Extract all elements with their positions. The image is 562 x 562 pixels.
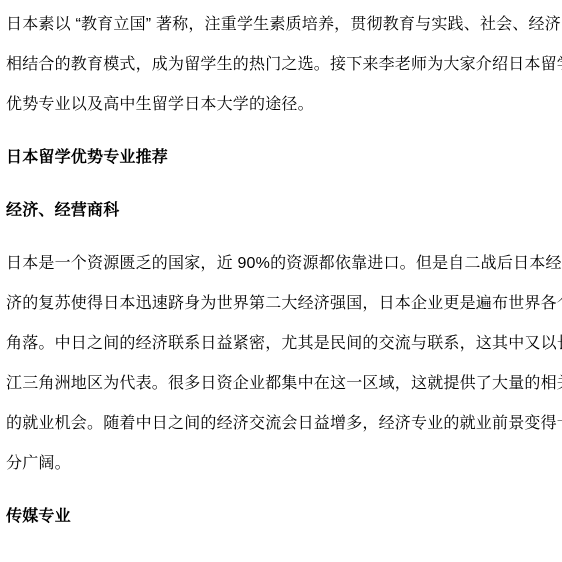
economy-paragraph: 日本是一个资源匮乏的国家，近 90%的资源都依靠进口。但是自二战后日本经 济的复… (6, 244, 558, 484)
intro-line-2: 相结合的教育模式，成为留学生的热门之选。接下来李老师为大家介绍日本留学 (6, 45, 558, 85)
economy-line-4: 江三角洲地区为代表。很多日资企业都集中在这一区域，这就提供了大量的相关 (6, 364, 558, 404)
section-heading-recommended-majors: 日本留学优势专业推荐 (6, 138, 558, 178)
economy-line-3: 角落。中日之间的经济联系日益紧密，尤其是民间的交流与联系，这其中又以长 (6, 324, 558, 364)
economy-line-6: 分广阔。 (6, 444, 558, 484)
economy-line-1: 日本是一个资源匮乏的国家，近 90%的资源都依靠进口。但是自二战后日本经 (6, 244, 558, 284)
intro-line-1: 日本素以 “教育立国” 著称，注重学生素质培养，贯彻教育与实践、社会、经济 (6, 5, 558, 45)
intro-paragraph: 日本素以 “教育立国” 著称，注重学生素质培养，贯彻教育与实践、社会、经济 相结… (6, 5, 558, 125)
intro-line-3: 优势专业以及高中生留学日本大学的途径。 (6, 85, 558, 125)
article-page: 日本素以 “教育立国” 著称，注重学生素质培养，贯彻教育与实践、社会、经济 相结… (0, 0, 562, 562)
sub-heading-economy-business: 经济、经营商科 (6, 191, 558, 231)
economy-line-5: 的就业机会。随着中日之间的经济交流会日益增多，经济专业的就业前景变得十 (6, 404, 558, 444)
economy-line-2: 济的复苏使得日本迅速跻身为世界第二大经济强国，日本企业更是遍布世界各个 (6, 284, 558, 324)
sub-heading-media-major: 传媒专业 (6, 497, 558, 537)
